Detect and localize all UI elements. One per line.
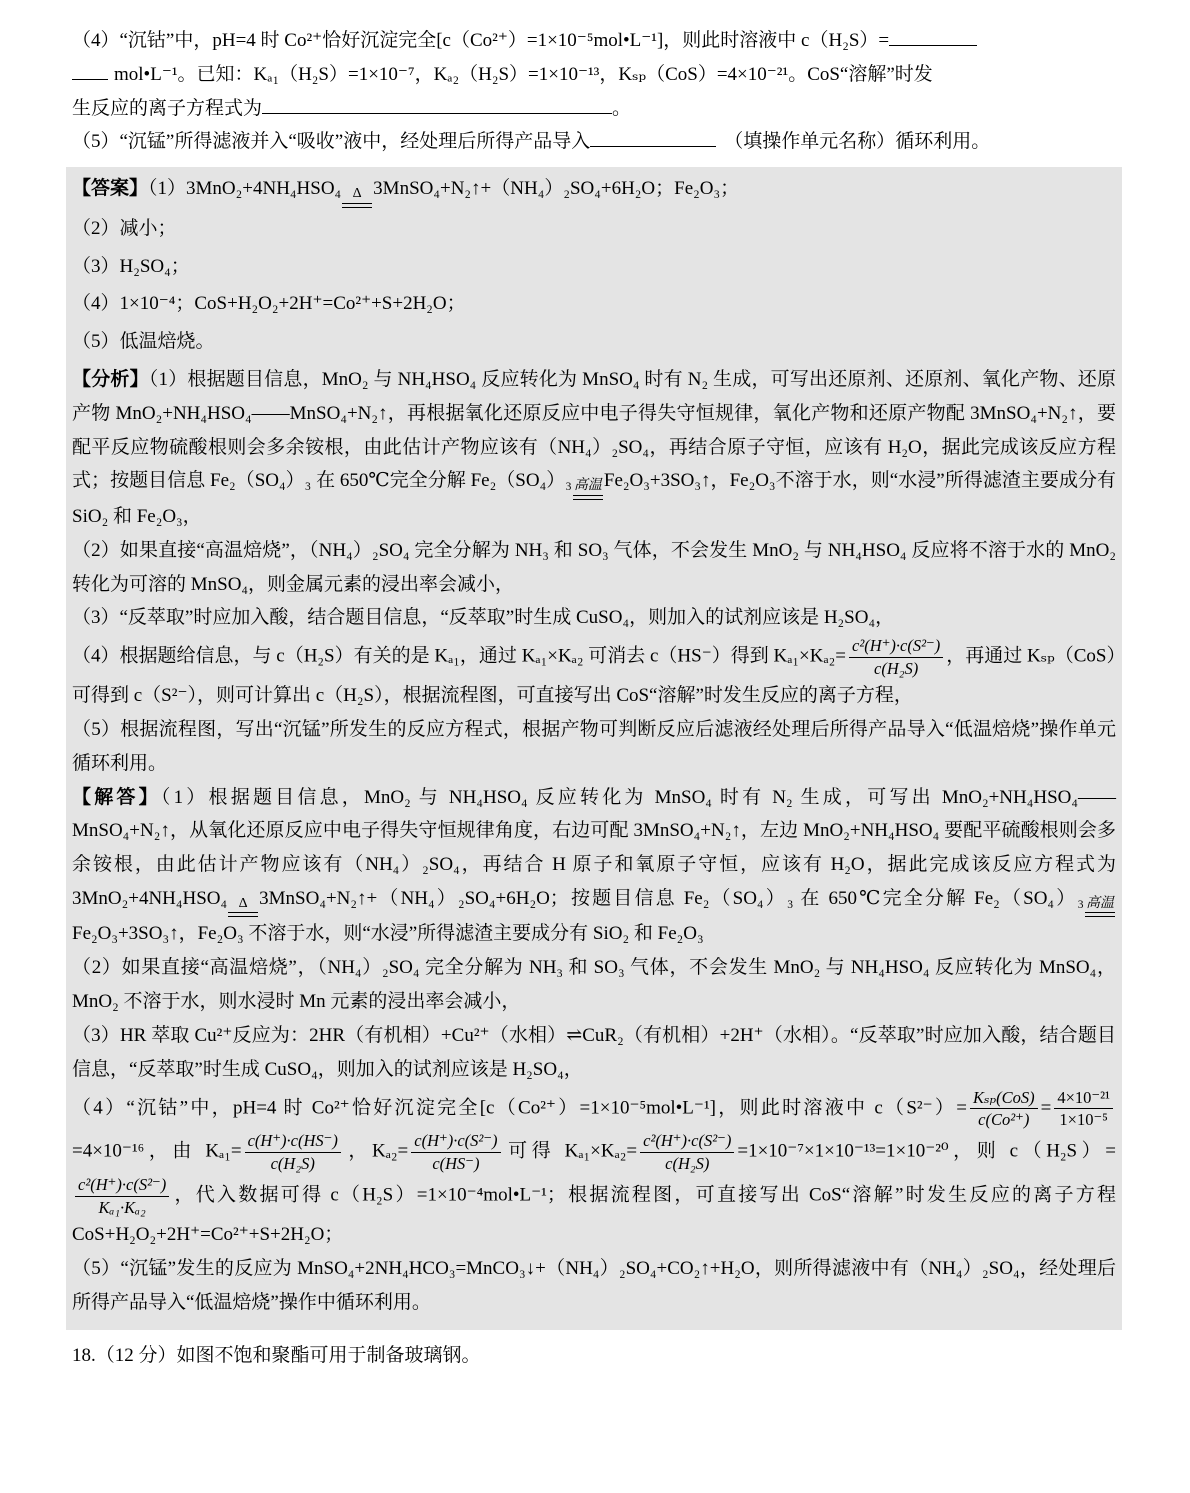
blank-unit-name (590, 128, 716, 147)
solution-p1-text-b: 3MnSO₄+N₂↑+（NH₄）₂SO₄+6H₂O；按题目信息 Fe₂（SO₄）… (259, 888, 1084, 909)
solution-paragraph-4: （4）“沉钴”中，pH=4 时 Co²⁺恰好沉淀完全[c（Co²⁺）=1×10⁻… (72, 1087, 1116, 1252)
answer-item-3: （3）H₂SO₄； (72, 250, 1116, 284)
solution-p1-text-c: Fe₂O₃+3SO₃↑，Fe₂O₃ 不溶于水，则“水浸”所得滤渣主要成分有 Si… (72, 923, 704, 944)
fraction-denominator: c(H₂S) (268, 1153, 318, 1174)
next-question-heading: 18.（12 分）如图不饱和聚酯可用于制备玻璃钢。 (72, 1339, 1122, 1373)
double-bar-icon (342, 203, 372, 208)
analysis-paragraph-5: （5）根据流程图，写出“沉锰”所发生的反应方程式，根据产物可判断反应后滤液经处理… (72, 713, 1116, 781)
solution-label: 【解答】 (72, 787, 161, 808)
fraction-denominator: c(HS⁻) (429, 1153, 482, 1174)
solution-p4-text-f: =1×10⁻⁷×1×10⁻¹³=1×10⁻²⁰，则 c（H₂S）= (737, 1141, 1116, 1162)
blank-h2s-concentration-continued (72, 61, 108, 80)
analysis-paragraph-3: （3）“反萃取”时应加入酸，结合题目信息，“反萃取”时生成 CuSO₄，则加入的… (72, 601, 1116, 635)
delta-over-equals-icon: Δ (228, 895, 258, 918)
fraction-ksp-over-co: Kₛₚ(CoS)c(Co²⁺) (970, 1087, 1038, 1131)
double-bar-icon (228, 912, 258, 917)
gaowen-over-equals-icon: 高温 (1085, 895, 1115, 918)
question-4-period: 。 (612, 98, 631, 119)
double-bar-icon (1085, 912, 1115, 917)
fraction-ka1xka2: c²(H⁺)·c(S²⁻)c(H₂S) (640, 1130, 734, 1174)
analysis-paragraph-4: （4）根据题给信息，与 c（H₂S）有关的是 Kₐ₁，通过 Kₐ₁×Kₐ₂ 可消… (72, 635, 1116, 713)
question-4-text-2: mol•L⁻¹。已知：Kₐ₁（H₂S）=1×10⁻⁷，Kₐ₂（H₂S）=1×10… (114, 64, 933, 85)
analysis-p4-text-a: （4）根据题给信息，与 c（H₂S）有关的是 Kₐ₁，通过 Kₐ₁×Kₐ₂ 可消… (72, 645, 846, 666)
solution-paragraph-5: （5）“沉锰”发生的反应为 MnSO₄+2NH₄HCO₃=MnCO₃↓+（NH₄… (72, 1252, 1116, 1320)
blank-h2s-concentration (889, 27, 977, 46)
fraction-denominator: Kₐ₁·Kₐ₂ (95, 1197, 148, 1218)
fraction-ka1xka2: c²(H⁺)·c(S²⁻)c(H₂S) (849, 635, 943, 679)
blank-ionic-equation (262, 95, 612, 114)
fraction-numerator: 4×10⁻²¹ (1054, 1087, 1113, 1109)
delta-condition: Δ (239, 895, 248, 913)
answer-analysis-box: 【答案】（1）3MnO₂+4NH₄HSO₄Δ3MnSO₄+N₂↑+（NH₄）₂S… (66, 167, 1122, 1329)
answer-item-1: 【答案】（1）3MnO₂+4NH₄HSO₄Δ3MnSO₄+N₂↑+（NH₄）₂S… (72, 172, 1116, 208)
question-4-text-3: 生反应的离子方程式为 (72, 98, 262, 119)
fraction-numerator: c(H⁺)·c(HS⁻) (245, 1130, 341, 1152)
answer-equation-left: （1）3MnO₂+4NH₄HSO₄ (148, 178, 341, 199)
question-section: （4）“沉钴”中，pH=4 时 Co²⁺恰好沉淀完全[c（Co²⁺）=1×10⁻… (72, 24, 1122, 159)
fraction-numeric-value: 4×10⁻²¹1×10⁻⁵ (1054, 1087, 1113, 1131)
solution-p4-text-e: 可得 Kₐ₁×Kₐ₂= (504, 1141, 638, 1162)
analysis-label: 【分析】 (72, 369, 149, 390)
delta-over-equals-icon: Δ (342, 185, 372, 208)
question-5-line: （5）“沉锰”所得滤液并入“吸收”液中，经处理后所得产品导入（填操作单元名称）循… (72, 125, 1122, 159)
fraction-numerator: Kₛₚ(CoS) (970, 1087, 1038, 1109)
solution-paragraph-3: （3）HR 萃取 Cu²⁺反应为：2HR（有机相）+Cu²⁺（水相）⇌CuR₂（… (72, 1019, 1116, 1087)
question-4-line-3: 生反应的离子方程式为。 (72, 92, 1122, 126)
question-4-line-1: （4）“沉钴”中，pH=4 时 Co²⁺恰好沉淀完全[c（Co²⁺）=1×10⁻… (72, 24, 1122, 58)
answer-equation-right: 3MnSO₄+N₂↑+（NH₄）₂SO₄+6H₂O；Fe₂O₃； (373, 178, 739, 199)
solution-p4-text-g: ，代入数据可得 c（H₂S）=1×10⁻⁴mol•L⁻¹；根据流程图，可直接写出… (72, 1185, 1116, 1246)
analysis-paragraph-1: 【分析】（1）根据题目信息，MnO₂ 与 NH₄HSO₄ 反应转化为 MnSO₄… (72, 363, 1116, 534)
fraction-denominator: 1×10⁻⁵ (1056, 1109, 1111, 1130)
answer-item-2: （2）减小； (72, 212, 1116, 246)
solution-p4-text-c: =4×10⁻¹⁶，由 Kₐ₁= (72, 1141, 242, 1162)
gaowen-condition: 高温 (1086, 895, 1114, 913)
analysis-paragraph-2: （2）如果直接“高温焙烧”，（NH₄）₂SO₄ 完全分解为 NH₃ 和 SO₃ … (72, 534, 1116, 602)
fraction-numerator: c²(H⁺)·c(S²⁻) (640, 1130, 734, 1152)
solution-p4-text-d: ，Kₐ₂= (344, 1141, 408, 1162)
solution-paragraph-1: 【解答】（1）根据题目信息，MnO₂ 与 NH₄HSO₄ 反应转化为 MnSO₄… (72, 781, 1116, 952)
gaowen-condition: 高温 (574, 477, 602, 495)
delta-condition: Δ (353, 185, 362, 203)
fraction-denominator: c(H₂S) (662, 1153, 712, 1174)
fraction-numerator: c²(H⁺)·c(S²⁻) (849, 635, 943, 657)
solution-p4-text-b: = (1041, 1097, 1052, 1118)
fraction-ka2: c(H⁺)·c(S²⁻)c(HS⁻) (411, 1130, 500, 1174)
question-4-line-2: mol•L⁻¹。已知：Kₐ₁（H₂S）=1×10⁻⁷，Kₐ₂（H₂S）=1×10… (72, 58, 1122, 92)
answer-item-5: （5）低温焙烧。 (72, 325, 1116, 359)
gaowen-over-equals-icon: 高温 (573, 477, 603, 500)
solution-p4-text-a: （4）“沉钴”中，pH=4 时 Co²⁺恰好沉淀完全[c（Co²⁺）=1×10⁻… (72, 1097, 967, 1118)
answer-item-4: （4）1×10⁻⁴；CoS+H₂O₂+2H⁺=Co²⁺+S+2H₂O； (72, 287, 1116, 321)
fraction-numerator: c(H⁺)·c(S²⁻) (411, 1130, 500, 1152)
answer-label: 【答案】 (72, 178, 148, 199)
exam-answer-page: （4）“沉钴”中，pH=4 时 Co²⁺恰好沉淀完全[c（Co²⁺）=1×10⁻… (0, 0, 1190, 1372)
double-bar-icon (573, 495, 603, 500)
fraction-numerator: c²(H⁺)·c(S²⁻) (75, 1174, 169, 1196)
fraction-h2s: c²(H⁺)·c(S²⁻)Kₐ₁·Kₐ₂ (75, 1174, 169, 1218)
fraction-denominator: c(H₂S) (871, 658, 921, 679)
fraction-ka1: c(H⁺)·c(HS⁻)c(H₂S) (245, 1130, 341, 1174)
fraction-denominator: c(Co²⁺) (975, 1109, 1032, 1130)
question-5-text-2: （填操作单元名称）循环利用。 (724, 131, 990, 152)
question-4-text-1: （4）“沉钴”中，pH=4 时 Co²⁺恰好沉淀完全[c（Co²⁺）=1×10⁻… (72, 30, 889, 51)
question-5-text-1: （5）“沉锰”所得滤液并入“吸收”液中，经处理后所得产品导入 (72, 131, 590, 152)
solution-paragraph-2: （2）如果直接“高温焙烧”，（NH₄）₂SO₄ 完全分解为 NH₃ 和 SO₃ … (72, 951, 1116, 1019)
